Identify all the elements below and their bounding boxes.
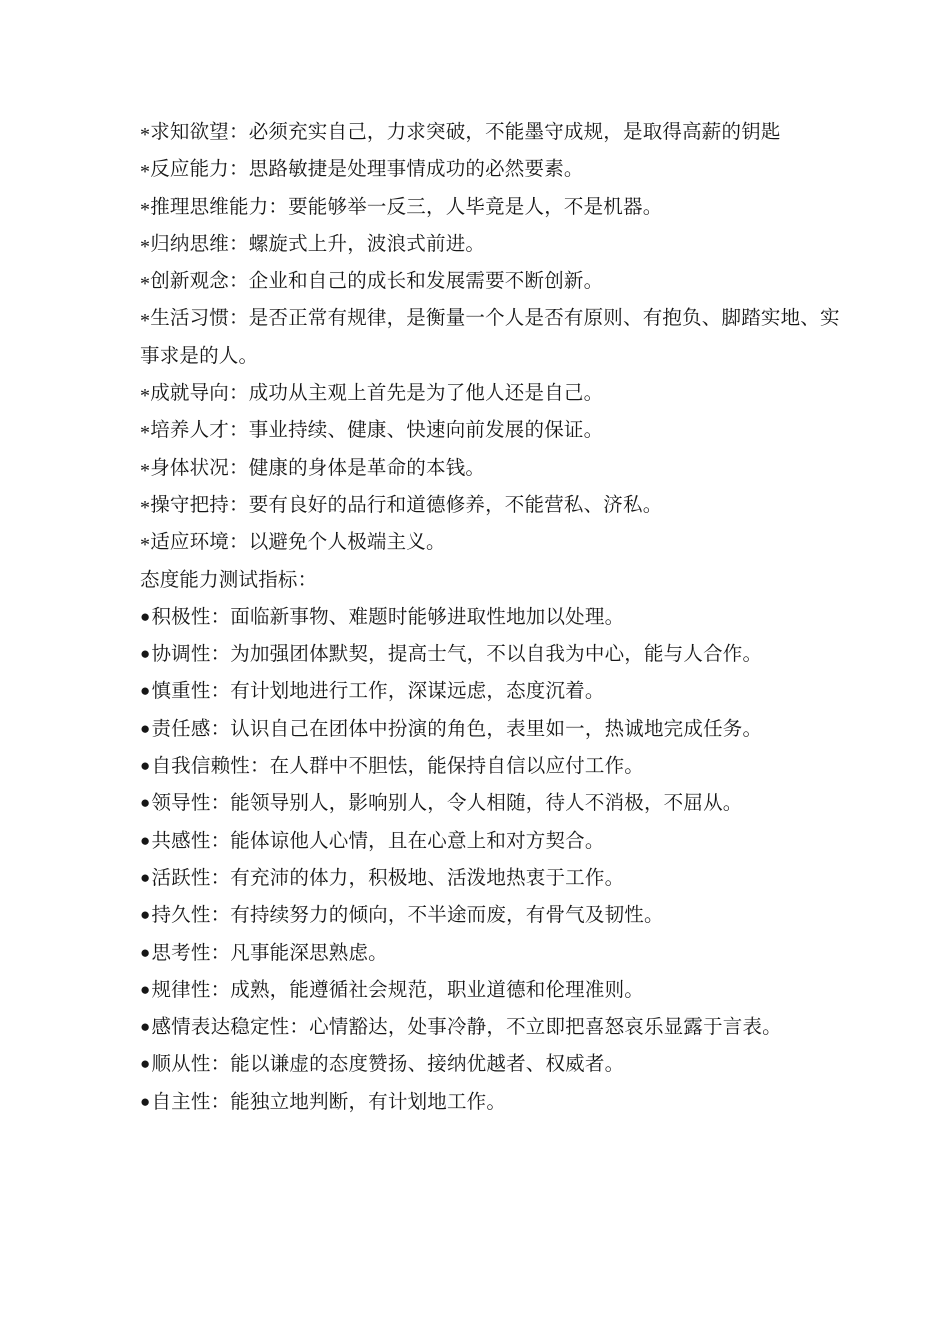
line-text: 求知欲望：必须充实自己，力求突破，不能墨守成规，是取得高薪的钥匙: [150, 122, 780, 143]
text-line: *操守把持：要有良好的品行和道德修养，不能营私、济私。: [140, 487, 820, 524]
line-text: 协调性：为加强团体默契，提高士气，不以自我为中心，能与人合作。: [151, 644, 762, 665]
text-line: ●规律性：成熟，能遵循社会规范，职业道德和伦理准则。: [140, 972, 820, 1009]
text-line: 态度能力测试指标：: [140, 562, 820, 599]
bullet-icon: ●: [140, 859, 150, 896]
bullet-icon: ●: [140, 1045, 150, 1082]
line-text: 活跃性：有充沛的体力，积极地、活泼地热衷于工作。: [151, 868, 624, 889]
asterisk-marker: *: [140, 154, 150, 191]
line-text: 共感性：能体谅他人心情，且在心意上和对方契合。: [151, 831, 604, 852]
text-line: *推理思维能力：要能够举一反三，人毕竟是人，不是机器。: [140, 189, 820, 226]
text-line: ●顺从性：能以谦虚的态度赞扬、接纳优越者、权威者。: [140, 1046, 820, 1083]
line-text: 培养人才：事业持续、健康、快速向前发展的保证。: [150, 420, 603, 441]
text-line: ●自主性：能独立地判断，有计划地工作。: [140, 1084, 820, 1121]
bullet-icon: ●: [140, 971, 150, 1008]
bullet-icon: ●: [140, 747, 150, 784]
line-text: 规律性：成熟，能遵循社会规范，职业道德和伦理准则。: [151, 980, 644, 1001]
text-line: ●感情表达稳定性：心情豁达，处事冷静，不立即把喜怒哀乐显露于言表。: [140, 1009, 820, 1046]
text-line: *归纳思维：螺旋式上升，波浪式前进。: [140, 226, 820, 263]
text-line: *适应环境：以避免个人极端主义。: [140, 524, 820, 561]
line-text: 成就导向：成功从主观上首先是为了他人还是自己。: [150, 383, 603, 404]
text-line: *成就导向：成功从主观上首先是为了他人还是自己。: [140, 375, 820, 412]
asterisk-marker: *: [140, 378, 150, 415]
asterisk-marker: *: [140, 490, 150, 527]
line-text: 积极性：面临新事物、难题时能够进取性地加以处理。: [151, 607, 624, 628]
bullet-icon: ●: [140, 672, 150, 709]
line-text: 自我信赖性：在人群中不胆怯，能保持自信以应付工作。: [151, 756, 644, 777]
line-text: 顺从性：能以谦虚的态度赞扬、接纳优越者、权威者。: [151, 1054, 624, 1075]
line-text: 自主性：能独立地判断，有计划地工作。: [151, 1092, 506, 1113]
bullet-icon: ●: [140, 1083, 150, 1120]
text-line: ●协调性：为加强团体默契，提高士气，不以自我为中心，能与人合作。: [140, 636, 820, 673]
line-text: 操守把持：要有良好的品行和道德修养，不能营私、济私。: [150, 495, 662, 516]
asterisk-marker: *: [140, 415, 150, 452]
bullet-icon: ●: [140, 598, 150, 635]
line-text: 责任感：认识自己在团体中扮演的角色，表里如一，热诚地完成任务。: [151, 719, 762, 740]
line-text: 慎重性：有计划地进行工作，深谋远虑，态度沉着。: [151, 681, 604, 702]
text-line: ●积极性：面临新事物、难题时能够进取性地加以处理。: [140, 599, 820, 636]
asterisk-marker: *: [140, 527, 150, 564]
text-line: *反应能力：思路敏捷是处理事情成功的必然要素。: [140, 151, 820, 188]
text-line: ●活跃性：有充沛的体力，积极地、活泼地热衷于工作。: [140, 860, 820, 897]
line-text: 创新观念：企业和自己的成长和发展需要不断创新。: [150, 271, 603, 292]
asterisk-marker: *: [140, 229, 150, 266]
bullet-icon: ●: [140, 710, 150, 747]
bullet-icon: ●: [140, 822, 150, 859]
bullet-icon: ●: [140, 784, 150, 821]
asterisk-marker: *: [140, 266, 150, 303]
line-text: 持久性：有持续努力的倾向，不半途而废，有骨气及韧性。: [151, 905, 663, 926]
text-line: *创新观念：企业和自己的成长和发展需要不断创新。: [140, 263, 820, 300]
line-text: 感情表达稳定性：心情豁达，处事冷静，不立即把喜怒哀乐显露于言表。: [151, 1017, 781, 1038]
text-line: *生活习惯：是否正常有规律，是衡量一个人是否有原则、有抱负、脚踏实地、实: [140, 300, 820, 337]
text-line: ●慎重性：有计划地进行工作，深谋远虑，态度沉着。: [140, 673, 820, 710]
line-text: 反应能力：思路敏捷是处理事情成功的必然要素。: [150, 159, 583, 180]
text-line: ●思考性：凡事能深思熟虑。: [140, 935, 820, 972]
text-line: ●自我信赖性：在人群中不胆怯，能保持自信以应付工作。: [140, 748, 820, 785]
line-text: 适应环境：以避免个人极端主义。: [150, 532, 446, 553]
bullet-icon: ●: [140, 896, 150, 933]
document-body: *求知欲望：必须充实自己，力求突破，不能墨守成规，是取得高薪的钥匙 *反应能力：…: [140, 114, 820, 1121]
document-page: *求知欲望：必须充实自己，力求突破，不能墨守成规，是取得高薪的钥匙 *反应能力：…: [0, 0, 950, 1344]
line-text: 归纳思维：螺旋式上升，波浪式前进。: [150, 234, 485, 255]
asterisk-marker: *: [140, 303, 150, 340]
bullet-icon: ●: [140, 1008, 150, 1045]
line-text: 身体状况：健康的身体是革命的本钱。: [150, 458, 485, 479]
line-text: 领导性：能领导别人，影响别人，令人相随，待人不消极，不屈从。: [151, 793, 742, 814]
text-line: 事求是的人。: [140, 338, 820, 375]
text-line: ●共感性：能体谅他人心情，且在心意上和对方契合。: [140, 823, 820, 860]
line-text: 态度能力测试指标：: [140, 570, 317, 591]
bullet-icon: ●: [140, 635, 150, 672]
bullet-icon: ●: [140, 934, 150, 971]
text-line: *身体状况：健康的身体是革命的本钱。: [140, 450, 820, 487]
line-text: 事求是的人。: [140, 346, 258, 367]
text-line: *求知欲望：必须充实自己，力求突破，不能墨守成规，是取得高薪的钥匙: [140, 114, 820, 151]
line-text: 思考性：凡事能深思熟虑。: [151, 943, 387, 964]
line-text: 生活习惯：是否正常有规律，是衡量一个人是否有原则、有抱负、脚踏实地、实: [150, 308, 840, 329]
text-line: ●领导性：能领导别人，影响别人，令人相随，待人不消极，不屈从。: [140, 785, 820, 822]
text-line: ●持久性：有持续努力的倾向，不半途而废，有骨气及韧性。: [140, 897, 820, 934]
asterisk-marker: *: [140, 117, 150, 154]
asterisk-marker: *: [140, 192, 150, 229]
text-line: ●责任感：认识自己在团体中扮演的角色，表里如一，热诚地完成任务。: [140, 711, 820, 748]
text-line: *培养人才：事业持续、健康、快速向前发展的保证。: [140, 412, 820, 449]
line-text: 推理思维能力：要能够举一反三，人毕竟是人，不是机器。: [150, 197, 662, 218]
asterisk-marker: *: [140, 453, 150, 490]
